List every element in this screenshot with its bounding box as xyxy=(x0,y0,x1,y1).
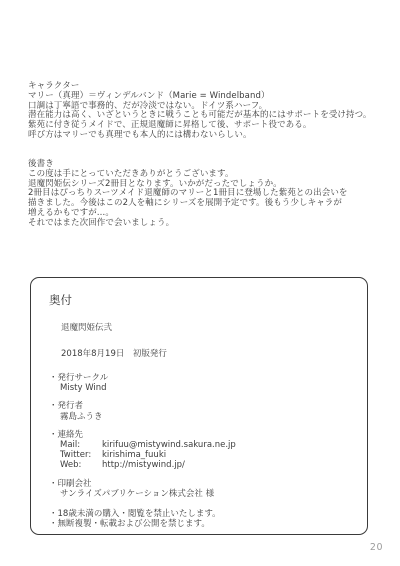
contact-row-web: Web: http://mistywind.jp/ xyxy=(60,460,349,470)
contact-key-twitter: Twitter: xyxy=(60,450,102,460)
book-title: 退魔閃姫伝弐 xyxy=(61,321,349,333)
publisher-circle-label: ・発行サークル xyxy=(49,373,349,383)
publisher-value: 霧島ふうき xyxy=(60,412,349,422)
contact-value-web: http://mistywind.jp/ xyxy=(102,460,185,470)
afterword-line: それではまた次回作で会いましょう。 xyxy=(28,219,348,229)
printer-entry: ・印刷会社 サンライズパブリケーション株式会社 様 xyxy=(49,479,349,499)
colophon-box: 奥付 退魔閃姫伝弐 2018年8月19日 初版発行 ・発行サークル Misty … xyxy=(30,277,368,535)
page-number: 20 xyxy=(370,542,383,553)
printer-value: サンライズパブリケーション株式会社 様 xyxy=(60,489,349,499)
character-line: 呼び方はマリーでも真理でも本人的には構わないらしい。 xyxy=(28,131,372,141)
character-section: キャラクター マリー（真理）＝ヴィンデルバンド（Marie = Windelba… xyxy=(28,82,372,141)
contact-key-web: Web: xyxy=(60,460,102,470)
contact-label: ・連絡先 xyxy=(49,430,349,440)
publication-date: 2018年8月19日 初版発行 xyxy=(61,347,349,359)
notices: ・18歳未満の購入・閲覧を禁止いたします。 ・無断複製・転載および公開を禁じます… xyxy=(49,509,349,529)
contact-value-mail: kirifuu@mistywind.sakura.ne.jp xyxy=(102,440,236,450)
publisher-circle-entry: ・発行サークル Misty Wind xyxy=(49,373,349,393)
afterword-section: 後書き この度は手にとっていただきありがとうございます。 退魔閃姫伝シリーズ2冊… xyxy=(28,160,348,229)
contact-row-twitter: Twitter: kirishima_fuuki xyxy=(60,450,349,460)
contact-entry: ・連絡先 Mail: kirifuu@mistywind.sakura.ne.j… xyxy=(49,430,349,471)
contact-key-mail: Mail: xyxy=(60,440,102,450)
contact-row-mail: Mail: kirifuu@mistywind.sakura.ne.jp xyxy=(60,440,349,450)
notice-age-restriction: ・18歳未満の購入・閲覧を禁止いたします。 xyxy=(49,509,349,519)
publisher-label: ・発行者 xyxy=(49,401,349,411)
publisher-circle-value: Misty Wind xyxy=(60,383,349,393)
printer-label: ・印刷会社 xyxy=(49,479,349,489)
contact-value-twitter: kirishima_fuuki xyxy=(102,450,166,460)
notice-no-reproduction: ・無断複製・転載および公開を禁じます。 xyxy=(49,519,349,529)
colophon-heading: 奥付 xyxy=(49,292,349,308)
publisher-entry: ・発行者 霧島ふうき xyxy=(49,401,349,421)
